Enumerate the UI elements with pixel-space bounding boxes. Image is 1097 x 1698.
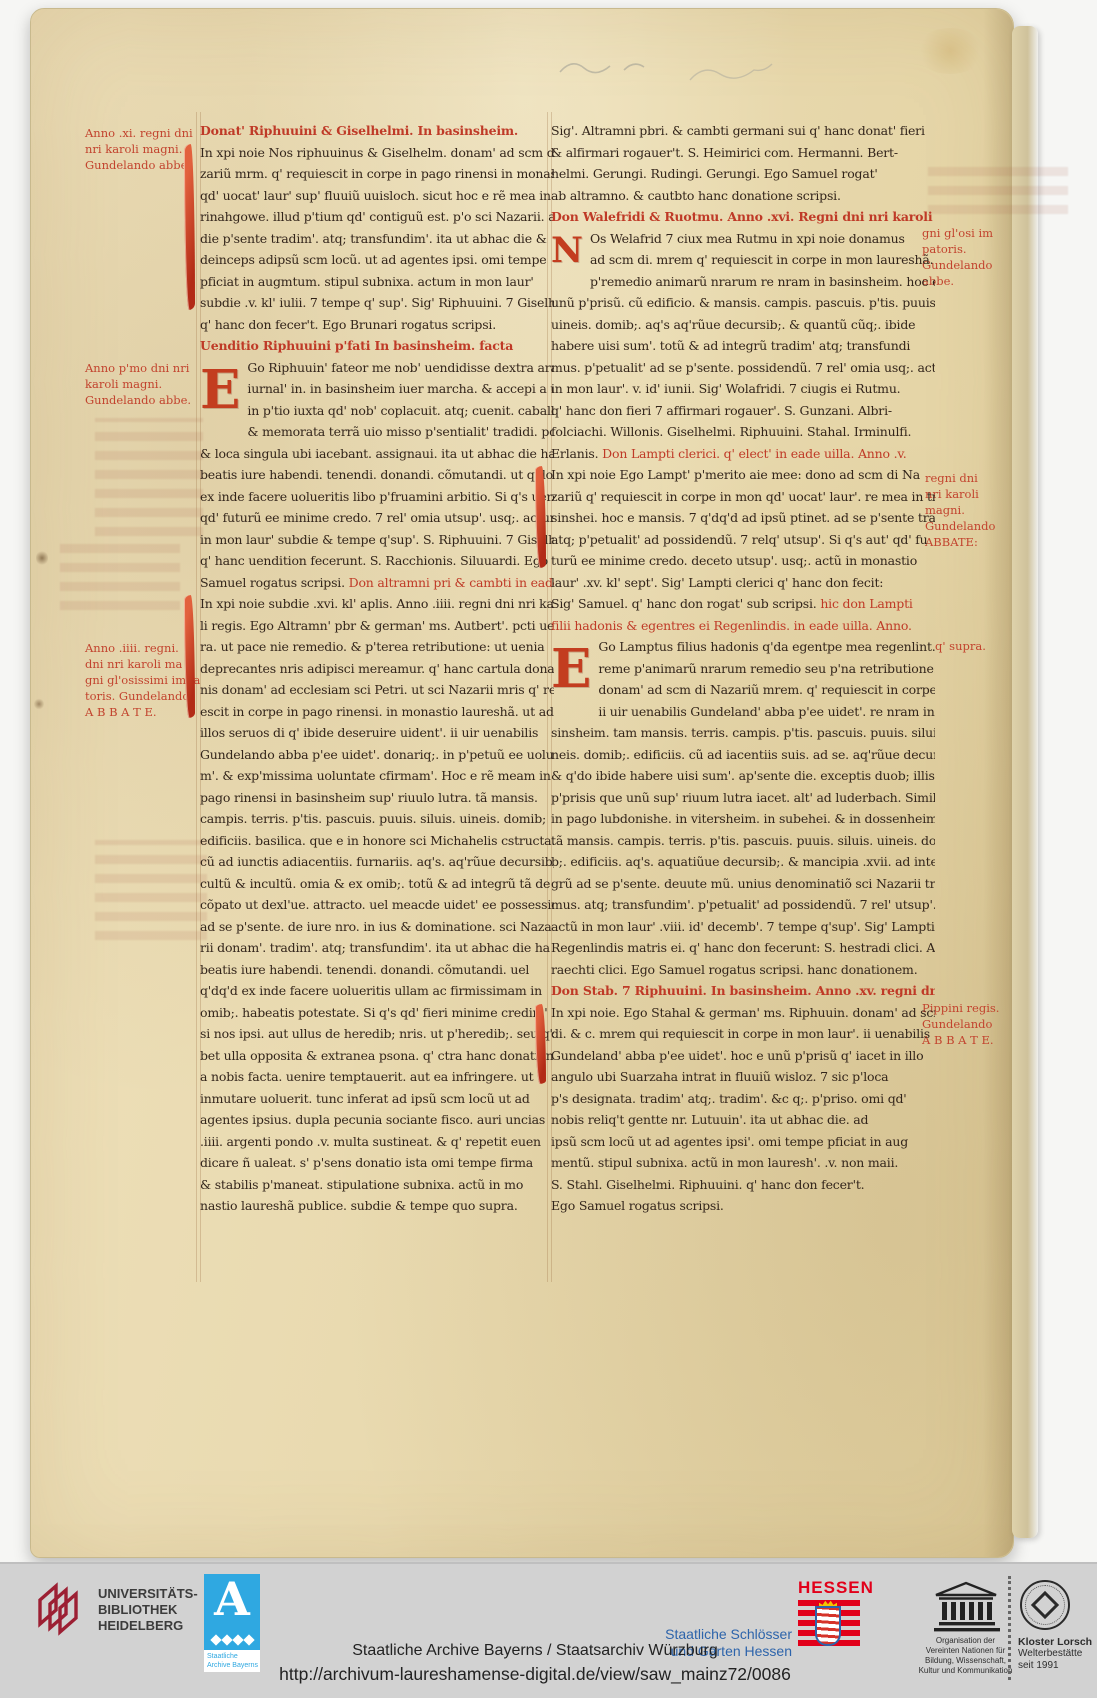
margin-note-left-1: Anno .xi. regni dninri karoli magni.Gund…: [85, 125, 193, 173]
manuscript-line: omib;. habeatis potestate. Si q's qd' fi…: [200, 1002, 554, 1024]
manuscript-line: angulo ubi Suarzaha intrat in fluuiũ wis…: [551, 1066, 935, 1088]
manuscript-line: Regenlindis matris ei. q' hanc don fecer…: [551, 937, 935, 959]
margin-note-line: magni.: [925, 502, 995, 518]
parchment-stain: [34, 698, 44, 710]
ink-bleed-through: [60, 540, 180, 610]
manuscript-line: m'. & exp'missima uoluntate cfirmam'. Ho…: [200, 765, 554, 787]
manuscript-line: & stabilis p'maneat. stipulatione subnix…: [200, 1174, 554, 1196]
manuscript-line: neis. domib;. edificiis. cũ ad iacentiis…: [551, 744, 935, 766]
manuscript-line: mus. atq; transfundim'. p'petualit' ad p…: [551, 894, 935, 916]
parchment-stain: [915, 28, 985, 74]
rubric-heading: Donat' Riphuuini & Giselhelmi. In basins…: [200, 120, 554, 142]
manuscript-line: atq; p'petualit' ad possidendũ. 7 relq' …: [551, 529, 935, 551]
manuscript-line: die p'sente tradim'. atq; transfundim'. …: [200, 228, 554, 250]
margin-note-line: toris. Gundelando: [85, 688, 200, 704]
rubric-heading: Uenditio Riphuuini p'fati In basinsheim.…: [200, 335, 554, 357]
manuscript-line: deprecantes nris adipisci mereamur. q' h…: [200, 658, 554, 680]
manuscript-line: p's designata. tradim' atq;. tradim'. &c…: [551, 1088, 935, 1110]
unesco-temple-icon: [928, 1580, 1004, 1634]
manuscript-line: raechti clici. Ego Samuel rogatus scrips…: [551, 959, 935, 981]
margin-note-line: ABBATE:: [925, 534, 995, 550]
margin-note-line: gni gl'osissimi impa: [85, 672, 200, 688]
margin-note-line: karoli magni.: [85, 376, 191, 392]
ink-bleed-through: [928, 162, 1068, 214]
manuscript-line: ab altramno. & cautbto hanc donatione sc…: [551, 185, 935, 207]
margin-note-line: dni nri karoli ma: [85, 656, 200, 672]
manuscript-line: nobis reliq't gentte nr. Lutuuin'. ita u…: [551, 1109, 935, 1131]
manuscript-line: qd' uocat' laur' sup' fluuiũ uuisloch. s…: [200, 185, 554, 207]
margin-note-right-3: q' supra.: [935, 638, 986, 654]
initial-e-dropcap: E: [551, 637, 591, 702]
manuscript-line: pago rinensi in basinsheim sup' riuulo l…: [200, 787, 554, 809]
credit-block: Staatliche Archive Bayerns / Staatsarchi…: [0, 1640, 1070, 1686]
rubric-heading: Don Stab. 7 Riphuuini. In basinsheim. An…: [551, 980, 935, 1002]
manuscript-line: & alfirmari rogauer't. S. Heimirici com.…: [551, 142, 935, 164]
manuscript-line: filii hadonis & egentres ei Regenlindis.…: [551, 615, 935, 637]
ub-line3: HEIDELBERG: [98, 1618, 198, 1634]
charter-entry: In xpi noie subdie .xvi. kl' aplis. Anno…: [200, 593, 554, 1217]
manuscript-line: ii uir uenabilis Gundeland' abba p'ee ui…: [598, 701, 935, 723]
ub-heidelberg-logo: [34, 1578, 90, 1638]
margin-note-line: Gundelando abbe.: [85, 392, 191, 408]
manuscript-line: donam' ad scm di Nazariũ mrem. q' requie…: [598, 679, 935, 701]
ub-line2: BIBLIOTHEK: [98, 1602, 198, 1618]
manuscript-line: p'prisis que unũ sup' riuum lutra iacet.…: [551, 787, 935, 809]
manuscript-line: turũ ee minime credo. deceto utsup'. usq…: [551, 550, 935, 572]
manuscript-line: in p'tio iuxta qd' nob' coplacuit. atq; …: [247, 400, 554, 422]
manuscript-line: .iiii. argenti pondo .v. multa sustineat…: [200, 1131, 554, 1153]
manuscript-line: & memorata terrã uio misso p'sentialit' …: [247, 421, 554, 443]
manuscript-line: q'dq'd ex inde facere uolueritis ullam a…: [200, 980, 554, 1002]
margin-note-right-2: regni dninri karolimagni.GundelandoABBAT…: [925, 470, 995, 550]
manuscript-line: Sig'. Altramni pbri. & cambti germani su…: [551, 120, 935, 142]
manuscript-line: cultũ & incultũ. omia & ex omib;. totũ &…: [200, 873, 554, 895]
ink-bleed-through: [95, 418, 203, 536]
manuscript-line: zariũ mrm. q' requiescit in corpe in pag…: [200, 163, 554, 185]
margin-note-line: nri karoli magni.: [85, 141, 193, 157]
manuscript-line: S. Stahl. Giselhelmi. Riphuuini. q' hanc…: [551, 1174, 935, 1196]
manuscript-line: di. & c. mrem qui requiescit in corpe in…: [551, 1023, 935, 1045]
manuscript-line: edificiis. basilica. que e in honore sci…: [200, 830, 554, 852]
manuscript-line: si nos ipsi. aut ullus de heredib; nris.…: [200, 1023, 554, 1045]
rubric-heading: Don Walefridi & Ruotmu. Anno .xvi. Regni…: [551, 206, 935, 228]
manuscript-line: ex inde facere uolueritis libo p'fruamin…: [200, 486, 554, 508]
charter-entry: Sig'. Altramni pbri. & cambti germani su…: [551, 120, 935, 206]
manuscript-line: cũ ad iunctis adiacentiis. furnariis. aq…: [200, 851, 554, 873]
manuscript-line: subdie .v. kl' iulii. 7 tempe q' sup'. S…: [200, 292, 554, 314]
manuscript-line: qd' futurũ ee minime credo. 7 rel' omia …: [200, 507, 554, 529]
manuscript-line: nastio laureshã publice. subdie & tempe …: [200, 1195, 554, 1217]
manuscript-line: In xpi noie Nos riphuuinus & Giselhelm. …: [200, 142, 554, 164]
text-column-right: Sig'. Altramni pbri. & cambti germani su…: [551, 120, 935, 1217]
parchment-stain: [36, 550, 48, 566]
margin-note-line: Anno .iiii. regni.: [85, 640, 200, 656]
manuscript-line: escit in corpe in pago rinensi. in monas…: [200, 701, 554, 723]
manuscript-line: in mon laur' subdie & tempe q'sup'. S. R…: [200, 529, 554, 551]
manuscript-line: in mon laur'. v. id' iunii. Sig' Wolafri…: [551, 378, 935, 400]
margin-note-line: regni dni: [925, 470, 995, 486]
charter-entry: Don Walefridi & Ruotmu. Anno .xvi. Regni…: [551, 206, 935, 464]
manuscript-line: campis. terris. p'tis. pascuis. puuis. s…: [200, 808, 554, 830]
charter-entry: Donat' Riphuuini & Giselhelmi. In basins…: [200, 120, 554, 335]
manuscript-line: tã mansis. campis. terris. p'tis. pascui…: [551, 830, 935, 852]
manuscript-line: in pago lubdonishe. in vitersheim. in su…: [551, 808, 935, 830]
manuscript-line: beatis iure habendi. tenendi. donandi. c…: [200, 959, 554, 981]
ink-bleed-through: [95, 840, 207, 940]
manuscript-line: agentes ipsius. dupla pecunia sociante f…: [200, 1109, 554, 1131]
page-edge-stack: [1012, 26, 1038, 1538]
manuscript-line: sinshei. hoc e mansis. 7 q'dq'd ad ipsũ …: [551, 507, 935, 529]
margin-note-line: Anno .xi. regni dni: [85, 125, 193, 141]
bavaria-letter: A: [204, 1574, 260, 1624]
initial-e-dropcap: E: [200, 358, 240, 423]
manuscript-line: dicare ñ ualeat. s' p'sens donatio ista …: [200, 1152, 554, 1174]
charter-entry: EGo Lamptus filius hadonis q'da egentpe …: [551, 636, 935, 980]
bavaria-a-icon: A: [204, 1574, 260, 1650]
margin-note-left-3: Anno .iiii. regni.dni nri karoli magni g…: [85, 640, 200, 720]
manuscript-line: Sig' Samuel. q' hanc don rogat' sub scri…: [551, 593, 935, 615]
charter-entry: Don Stab. 7 Riphuuini. In basinsheim. An…: [551, 980, 935, 1217]
manuscript-line: q' hanc don fecer't. Ego Brunari rogatus…: [200, 314, 554, 336]
manuscript-line: & loca singula ubi iacebant. assignaui. …: [200, 443, 554, 465]
credit-line: Staatliche Archive Bayerns / Staatsarchi…: [0, 1640, 1070, 1662]
manuscript-line: rinahgowe. illud p'tium qd' contiguũ est…: [200, 206, 554, 228]
margin-note-left-2: Anno p'mo dni nrikaroli magni.Gundelando…: [85, 360, 191, 408]
manuscript-line: a nobis facta. uenire temptauerit. aut e…: [200, 1066, 554, 1088]
charter-entry: In xpi noie Ego Lampt' p'merito aie mee:…: [551, 464, 935, 636]
manuscript-line: q' hanc uendition fecerunt. S. Racchioni…: [200, 550, 554, 572]
manuscript-line: Gundelando abba p'ee uidet'. donariq;. i…: [200, 744, 554, 766]
manuscript-line: actũ in mon laur' .viii. id' decemb'. 7 …: [551, 916, 935, 938]
manuscript-line: iurnal' in. in basinsheim iuer marcha. &…: [247, 378, 554, 400]
manuscript-line: Go Lamptus filius hadonis q'da egentpe m…: [598, 636, 935, 658]
manuscript-line: Samuel rogatus scripsi. Don altramni pri…: [200, 572, 554, 594]
pencil-annotation: [540, 42, 800, 102]
manuscript-line: laur' .xv. kl' sept'. Sig' Lampti cleric…: [551, 572, 935, 594]
manuscript-line: p'remedio animarũ nrarum re nram in basi…: [590, 271, 935, 293]
footer-bar: UNIVERSITÄTS- BIBLIOTHEK HEIDELBERG A St…: [0, 1562, 1097, 1698]
manuscript-line: & q'do ibide habere uisi sum'. ap'sente …: [551, 765, 935, 787]
manuscript-line: deinceps adipsũ scm locũ. ut ad agentes …: [200, 249, 554, 271]
manuscript-line: inmutare uoluerit. tunc inferat ad ipsũ …: [200, 1088, 554, 1110]
margin-note-line: Anno p'mo dni nri: [85, 360, 191, 376]
source-url: http://archivum-laureshamense-digital.de…: [0, 1662, 1070, 1686]
manuscript-line: ad scm di. mrem q' requiescit in corpe i…: [590, 249, 935, 271]
manuscript-line: zariũ q' requiescit in corpe in mon qd' …: [551, 486, 935, 508]
manuscript-line: grũ ad se p'sente. deuute mũ. unius deno…: [551, 873, 935, 895]
manuscript-line: Ego Samuel rogatus scripsi.: [551, 1195, 935, 1217]
manuscript-line: beatis iure habendi. tenendi. donandi. c…: [200, 464, 554, 486]
margin-note-line: nri karoli: [925, 486, 995, 502]
margin-note-line: Gundelando: [925, 518, 995, 534]
text-column-left: Donat' Riphuuini & Giselhelmi. In basins…: [200, 120, 554, 1217]
manuscript-line: q' hanc don fieri 7 affirmari rogauer'. …: [551, 400, 935, 422]
manuscript-line: Gundeland' abba p'ee uidet'. hoc e unũ p…: [551, 1045, 935, 1067]
manuscript-line: bet ulla opposita & extranea psona. q' c…: [200, 1045, 554, 1067]
manuscript-line: sinsheim. tam mansis. terris. campis. p'…: [551, 722, 935, 744]
hessen-title: HESSEN: [798, 1578, 862, 1598]
manuscript-line: folciachi. Willonis. Giselhelmi. Riphuui…: [551, 421, 935, 443]
ub-line1: UNIVERSITÄTS-: [98, 1586, 198, 1602]
initial-n-dropcap: N: [551, 229, 583, 272]
manuscript-line: b;. edificiis. aq's. aquatiũue decursib;…: [551, 851, 935, 873]
manuscript-line: Os Welafrid 7 ciux mea Rutmu in xpi noie…: [590, 228, 935, 250]
page-root: Anno .xi. regni dninri karoli magni.Gund…: [0, 0, 1097, 1698]
manuscript-line: In xpi noie. Ego Stahal & german' ms. Ri…: [551, 1002, 935, 1024]
manuscript-line: reme p'animarũ nrarum remedio seu p'na r…: [598, 658, 935, 680]
manuscript-line: illos seruos di q' ibide deseruire uiden…: [200, 722, 554, 744]
manuscript-line: ad se p'sente. de iure nro. in ius & dom…: [200, 916, 554, 938]
charter-entry: Uenditio Riphuuini p'fati In basinsheim.…: [200, 335, 554, 593]
manuscript-line: helmi. Gerungi. Rudingi. Gerungi. Ego Sa…: [551, 163, 935, 185]
kloster-lorsch-emblem-icon: [1020, 1580, 1070, 1630]
manuscript-line: mentũ. stipul subnixa. actũ in mon laure…: [551, 1152, 935, 1174]
manuscript-line: Go Riphuuin' fateor me nob' uendidisse d…: [247, 357, 554, 379]
manuscript-line: rii donam'. tradim'. atq; transfundim'. …: [200, 937, 554, 959]
manuscript-line: In xpi noie subdie .xvi. kl' aplis. Anno…: [200, 593, 554, 615]
ub-heidelberg-label: UNIVERSITÄTS- BIBLIOTHEK HEIDELBERG: [98, 1586, 198, 1634]
manuscript-line: pficiat in augmtum. stipul subnixa. actu…: [200, 271, 554, 293]
manuscript-line: nis donam' ad ecclesiam sci Petri. ut sc…: [200, 679, 554, 701]
manuscript-line: habere uisi sum'. totũ & ad integrũ trad…: [551, 335, 935, 357]
manuscript-line: uineis. domib;. aq's aq'rũue decursib;. …: [551, 314, 935, 336]
manuscript-line: mus. p'petualit' ad se p'sente. possiden…: [551, 357, 935, 379]
manuscript-line: Erlanis. Don Lampti clerici. q' elect' i…: [551, 443, 935, 465]
manuscript-line: ipsũ scm locũ ut ad agentes ipsi'. omi t…: [551, 1131, 935, 1153]
margin-note-line: A B B A T E.: [85, 704, 200, 720]
manuscript-line: In xpi noie Ego Lampt' p'merito aie mee:…: [551, 464, 935, 486]
margin-note-line: q' supra.: [935, 638, 986, 654]
manuscript-line: cõpato ut dexl'ue. attracto. uel meacde …: [200, 894, 554, 916]
margin-note-line: Gundelando abbe.: [85, 157, 193, 173]
manuscript-line: unũ p'prisũ. cũ edificio. & mansis. camp…: [551, 292, 935, 314]
manuscript-line: li regis. Ego Altramn' pbr & german' ms.…: [200, 615, 554, 637]
manuscript-line: ra. ut pace nie remedio. & p'terea retri…: [200, 636, 554, 658]
